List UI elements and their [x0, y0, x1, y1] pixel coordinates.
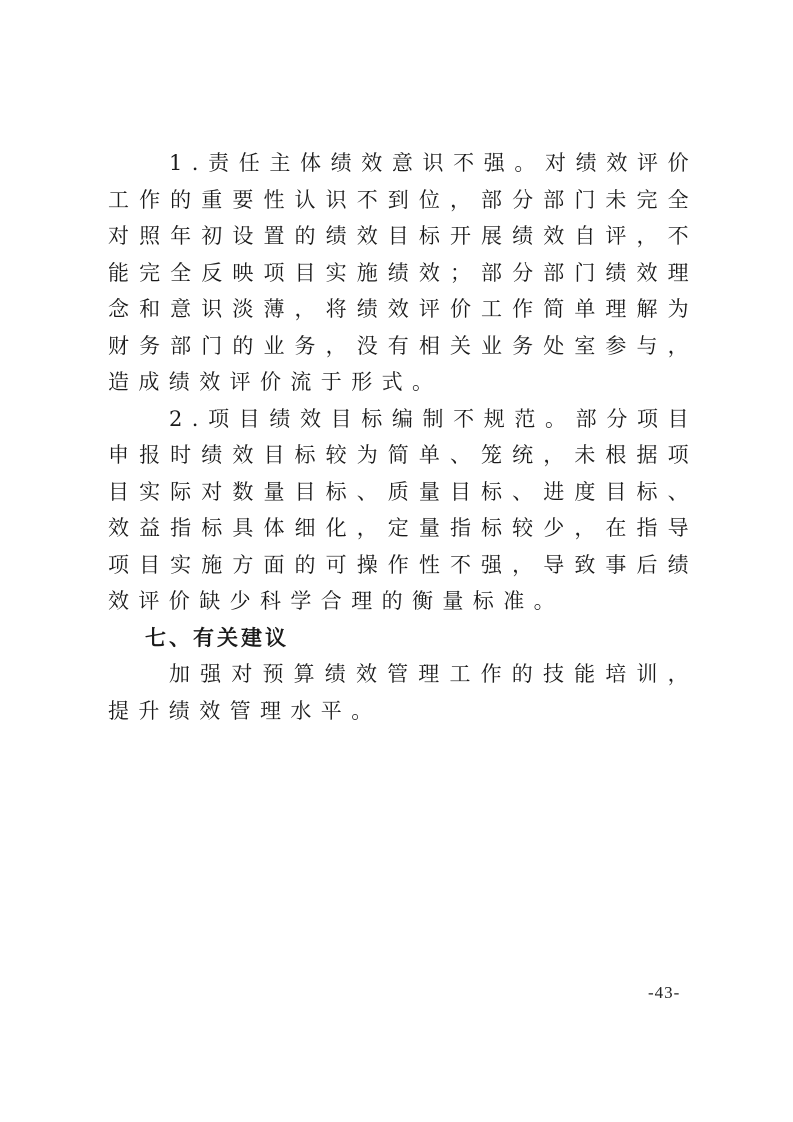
section-heading-suggestions: 七、有关建议: [108, 620, 698, 657]
document-body: 1.责任主体绩效意识不强。对绩效评价工作的重要性认识不到位，部分部门未完全对照年…: [108, 145, 698, 729]
paragraph-issue-2: 2.项目绩效目标编制不规范。部分项目申报时绩效目标较为简单、笼统，未根据项目实际…: [108, 401, 698, 620]
page-number: -43-: [648, 983, 680, 1003]
paragraph-issue-1: 1.责任主体绩效意识不强。对绩效评价工作的重要性认识不到位，部分部门未完全对照年…: [108, 145, 698, 401]
paragraph-suggestion: 加强对预算绩效管理工作的技能培训，提升绩效管理水平。: [108, 656, 698, 729]
